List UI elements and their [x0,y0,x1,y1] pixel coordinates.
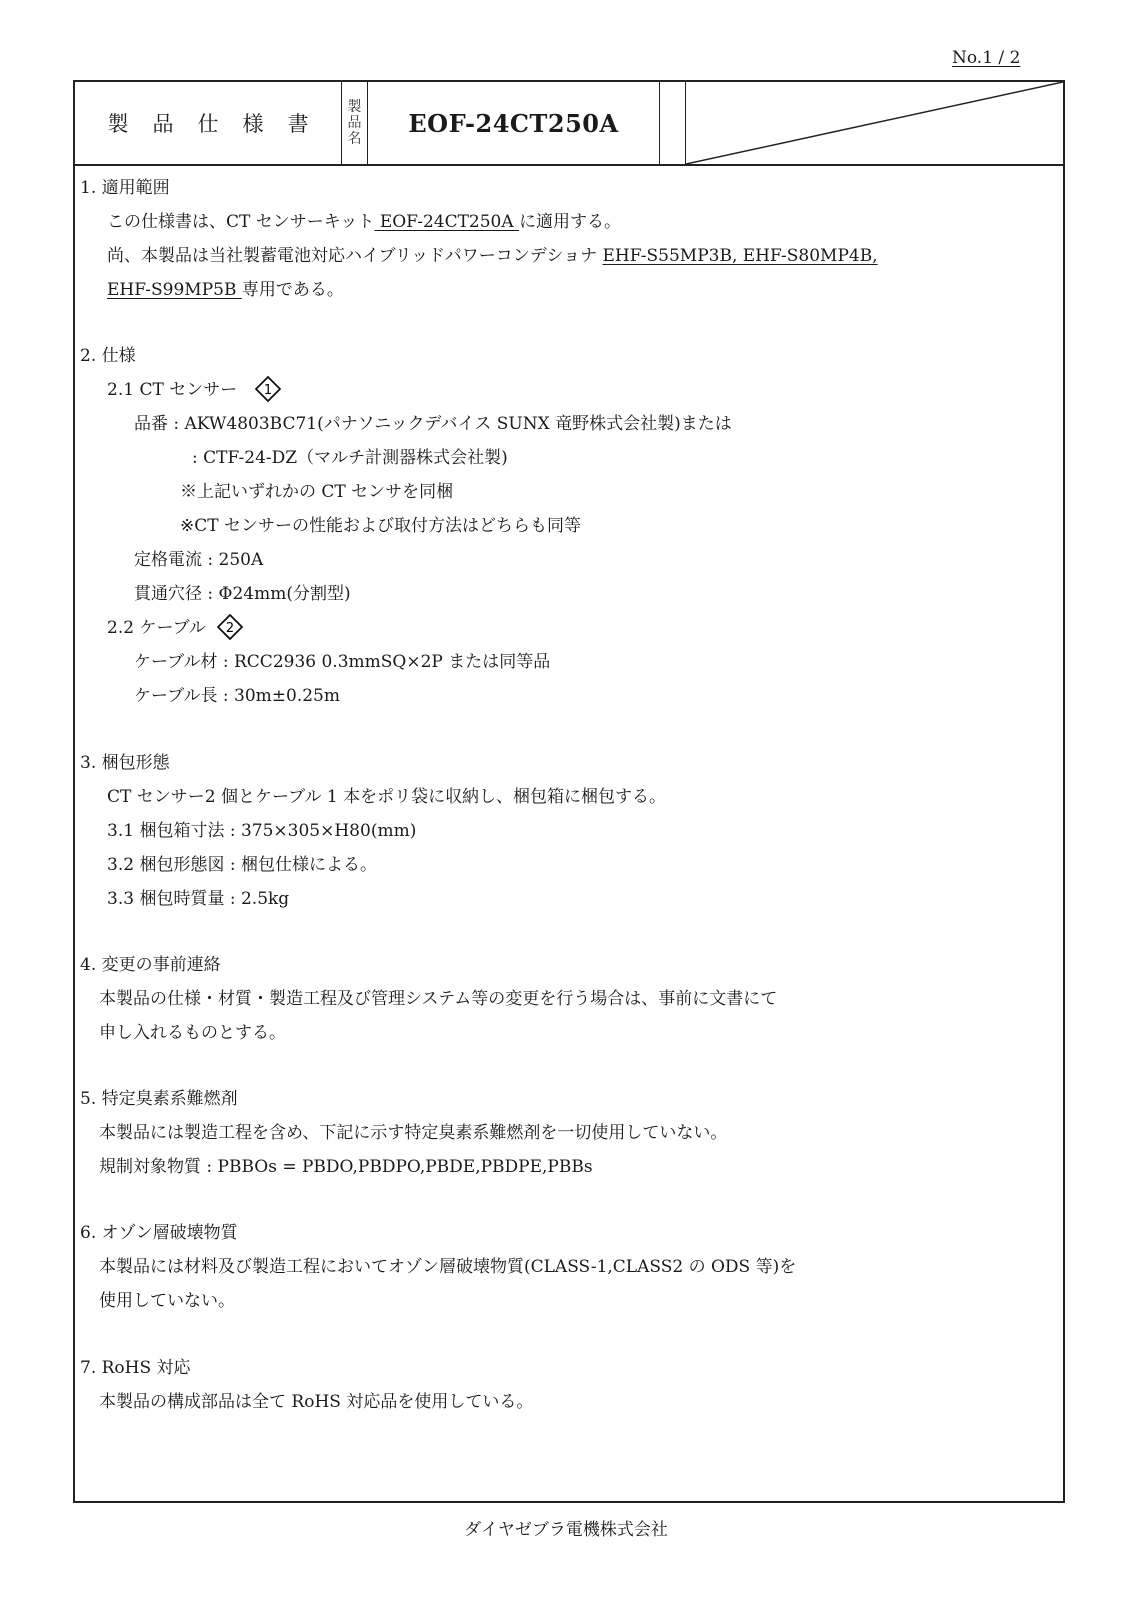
model-ref: EHF-S55MP3B, EHF-S80MP4B, [603,246,878,266]
model-ref: EHF-S99MP5B [107,280,242,300]
paragraph: 本製品の構成部品は全て RoHS 対応品を使用している。 [99,1385,533,1419]
section-heading: 7. RoHS 対応 [80,1351,191,1385]
paragraph: 規制対象物質 : PBBOs = PBDO,PBDPO,PBDE,PBDPE,P… [99,1150,593,1184]
text: 専用である。 [242,280,344,300]
spec-sheet-frame: 製品仕様書 製 品 名 EOF-24CT250A 1. 適用範囲 この仕様書は、… [73,80,1065,1503]
spec-line: 3.3 梱包時質量 : 2.5kg [107,882,289,916]
doc-title: 製品仕様書 [75,82,342,164]
note-line: ※上記いずれかの CT センサを同梱 [180,475,453,509]
spec-line: : CTF-24-DZ（マルチ計測器株式会社製) [192,441,508,475]
subsection-heading: 2.1 CT センサー 1 [107,373,281,407]
model-ref: EOF-24CT250A [374,212,519,232]
section-heading: 1. 適用範囲 [80,171,170,205]
spec-line: ケーブル材 : RCC2936 0.3mmSQ×2P または同等品 [134,645,550,679]
spec-line: ケーブル長 : 30m±0.25m [134,679,340,713]
page-number: No.1 / 2 [952,48,1020,68]
note-line: ※CT センサーの性能および取付方法はどちらも同等 [180,509,581,543]
diamond-marker-icon: 1 [255,376,281,402]
product-name-label: 製 品 名 [342,82,368,164]
svg-text:2: 2 [226,621,234,636]
section-heading: 5. 特定臭素系難燃剤 [80,1082,238,1116]
blank-cell [660,82,686,164]
diamond-marker-icon: 2 [217,614,243,640]
text: 尚、本製品は当社製蓄電池対応ハイブリッドパワーコンデショナ [107,246,603,266]
text: この仕様書は、CT センサーキット [107,212,374,232]
label-char: 名 [348,131,362,147]
paragraph: 本製品には製造工程を含め、下記に示す特定臭素系難燃剤を一切使用していない。 [99,1116,727,1150]
spec-line: 3.2 梱包形態図 : 梱包仕様による。 [107,848,377,882]
product-name: EOF-24CT250A [368,82,660,164]
text: 2.1 CT センサー [107,380,237,400]
section-heading: 6. オゾン層破壊物質 [80,1216,238,1250]
label-char: 品 [348,115,362,131]
paragraph: 本製品には材料及び製造工程においてオゾン層破壊物質(CLASS-1,CLASS2… [99,1250,796,1284]
spec-line: 貫通穴径 : Φ24mm(分割型) [134,577,351,611]
svg-text:1: 1 [263,383,271,398]
spec-line: 定格電流 : 250A [134,543,263,577]
paragraph: EHF-S99MP5B 専用である。 [107,273,344,307]
subsection-heading: 2.2 ケーブル 2 [107,611,243,645]
label-char: 製 [348,99,362,115]
paragraph: 本製品の仕様・材質・製造工程及び管理システム等の変更を行う場合は、事前に文書にて [99,982,777,1016]
text: に適用する。 [519,212,621,232]
paragraph: CT センサー2 個とケーブル 1 本をポリ袋に収納し、梱包箱に梱包する。 [107,780,666,814]
paragraph: この仕様書は、CT センサーキット EOF-24CT250A に適用する。 [107,205,621,239]
text: 2.2 ケーブル [107,618,206,638]
paragraph: 使用していない。 [99,1284,235,1318]
spec-line: 品番 : AKW4803BC71(パナソニックデバイス SUNX 竜野株式会社製… [134,407,732,441]
section-heading: 4. 変更の事前連絡 [80,948,221,982]
diagonal-cell [686,82,1063,164]
spec-line: 3.1 梱包箱寸法 : 375×305×H80(mm) [107,814,416,848]
diagonal-line-icon [686,82,1063,164]
paragraph: 申し入れるものとする。 [99,1016,286,1050]
spec-header: 製品仕様書 製 品 名 EOF-24CT250A [75,82,1063,166]
paragraph: 尚、本製品は当社製蓄電池対応ハイブリッドパワーコンデショナ EHF-S55MP3… [107,239,878,273]
section-heading: 3. 梱包形態 [80,746,170,780]
company-name: ダイヤゼブラ電機株式会社 [0,1515,1132,1540]
section-heading: 2. 仕様 [80,339,136,373]
